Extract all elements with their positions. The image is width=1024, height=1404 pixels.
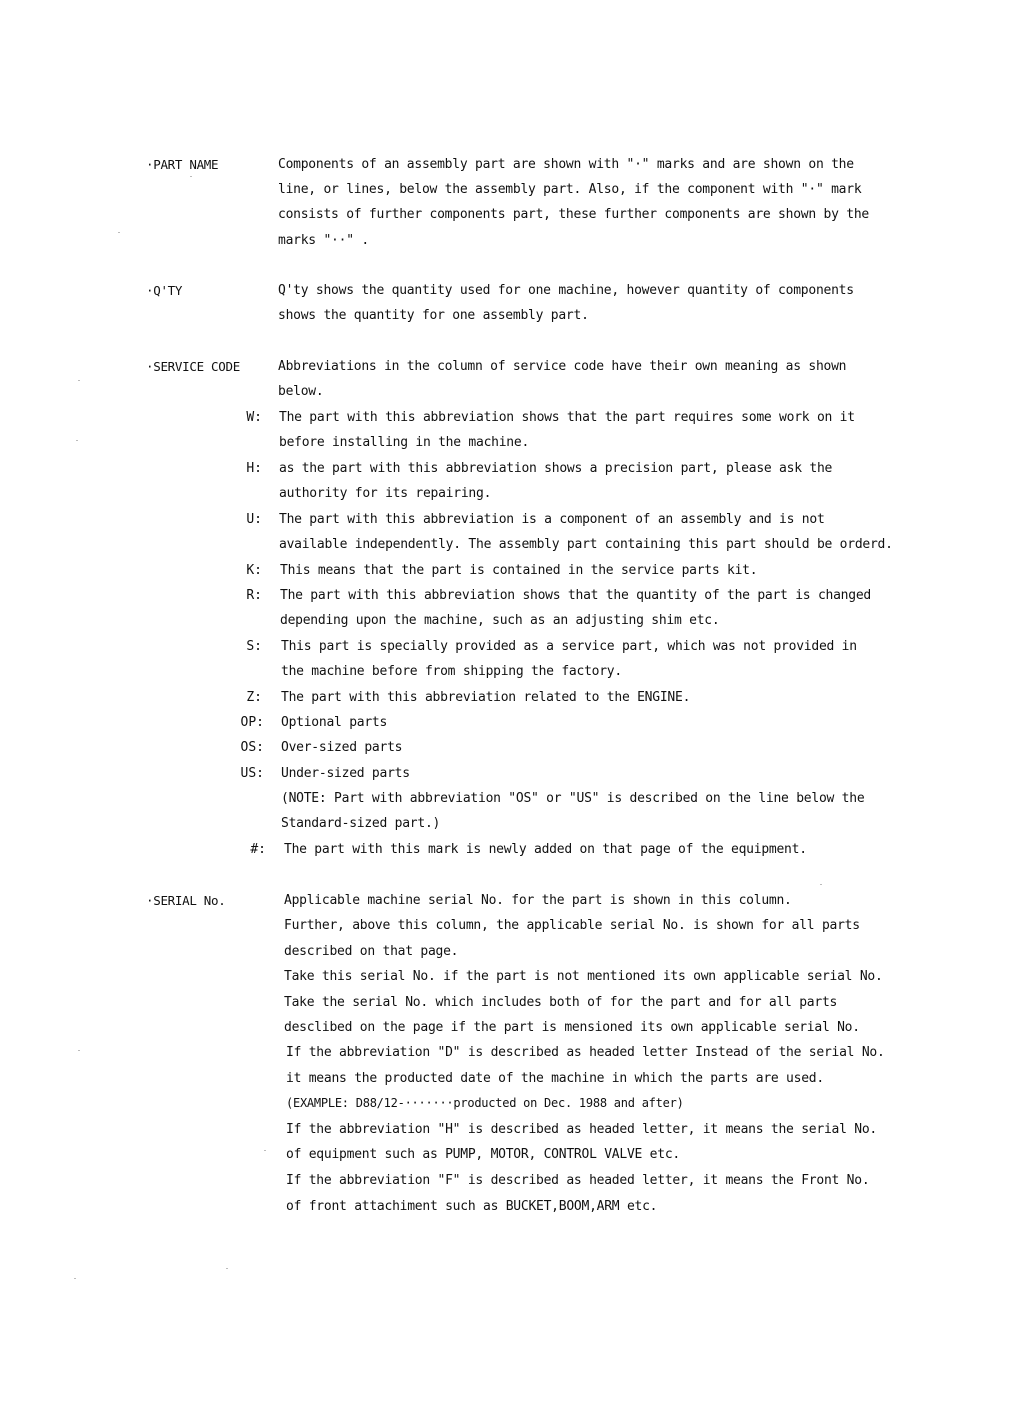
- scan-speck: [820, 884, 822, 885]
- service-code-desc: Under-sized parts: [281, 761, 410, 786]
- service-code-desc: before installing in the machine.: [279, 430, 529, 455]
- serial-no-example: (EXAMPLE: D88/12-·······producted on Dec…: [286, 1091, 684, 1116]
- service-code-letter: Z:: [222, 685, 262, 710]
- service-code-note: Standard-sized part.): [281, 811, 440, 836]
- service-code-desc: The part with this abbreviation related …: [281, 685, 690, 710]
- qty-line: shows the quantity for one assembly part…: [278, 303, 589, 328]
- scan-speck: [78, 380, 80, 381]
- service-code-desc: the machine before from shipping the fac…: [281, 659, 622, 684]
- serial-no-line: If the abbreviation "H" is described as …: [286, 1117, 877, 1142]
- section-label-part-name: ·PART NAME: [146, 152, 218, 177]
- qty-line: Q'ty shows the quantity used for one mac…: [278, 278, 854, 303]
- service-code-desc: The part with this abbreviation shows th…: [279, 405, 855, 430]
- serial-no-line: described on that page.: [284, 939, 458, 964]
- service-code-letter: OP:: [224, 710, 264, 735]
- part-name-line: consists of further components part, the…: [278, 202, 869, 227]
- service-code-desc: as the part with this abbreviation shows…: [279, 456, 832, 481]
- section-label-serial-no: ·SERIAL No.: [146, 888, 225, 913]
- service-code-desc: Over-sized parts: [281, 735, 402, 760]
- document-page: ·PART NAME Components of an assembly par…: [0, 0, 1024, 1404]
- section-label-qty: ·Q'TY: [146, 278, 182, 303]
- service-code-letter: K:: [222, 558, 262, 583]
- service-code-letter: W:: [222, 405, 262, 430]
- serial-no-line: Take this serial No. if the part is not …: [284, 964, 883, 989]
- service-code-desc: available independently. The assembly pa…: [279, 532, 893, 557]
- service-code-letter: S:: [222, 634, 262, 659]
- service-code-letter: H:: [222, 456, 262, 481]
- serial-no-line: of front attachiment such as BUCKET,BOOM…: [286, 1194, 657, 1219]
- serial-no-line: If the abbreviation "F" is described as …: [286, 1168, 869, 1193]
- scan-speck: [76, 440, 78, 441]
- scan-speck: [78, 1050, 80, 1051]
- service-code-desc: The part with this abbreviation is a com…: [279, 507, 825, 532]
- service-code-intro: below.: [278, 379, 323, 404]
- service-code-desc: authority for its repairing.: [279, 481, 491, 506]
- service-code-note: (NOTE: Part with abbreviation "OS" or "U…: [281, 786, 864, 811]
- service-code-letter: US:: [224, 761, 264, 786]
- service-code-desc: The part with this abbreviation shows th…: [280, 583, 871, 608]
- serial-no-line: of equipment such as PUMP, MOTOR, CONTRO…: [286, 1142, 680, 1167]
- serial-no-line: it means the producted date of the machi…: [286, 1066, 824, 1091]
- service-code-intro: Abbreviations in the column of service c…: [278, 354, 846, 379]
- scan-speck: [74, 1278, 76, 1279]
- scan-speck: [226, 1268, 228, 1269]
- service-code-desc: The part with this mark is newly added o…: [284, 837, 807, 862]
- serial-no-line: Applicable machine serial No. for the pa…: [284, 888, 792, 913]
- serial-no-line: Further, above this column, the applicab…: [284, 913, 860, 938]
- service-code-letter: #:: [226, 837, 266, 862]
- service-code-letter: OS:: [224, 735, 264, 760]
- scan-speck: [118, 232, 120, 233]
- part-name-line: Components of an assembly part are shown…: [278, 152, 854, 177]
- service-code-desc: This means that the part is contained in…: [280, 558, 757, 583]
- service-code-letter: U:: [222, 507, 262, 532]
- serial-no-line: desclibed on the page if the part is men…: [284, 1015, 860, 1040]
- serial-no-line: Take the serial No. which includes both …: [284, 990, 837, 1015]
- service-code-desc: This part is specially provided as a ser…: [281, 634, 857, 659]
- service-code-letter: R:: [222, 583, 262, 608]
- scan-speck: [264, 1150, 266, 1151]
- section-label-service-code: ·SERVICE CODE: [146, 354, 240, 379]
- part-name-line: line, or lines, below the assembly part.…: [278, 177, 861, 202]
- part-name-line: marks "··" .: [278, 228, 369, 253]
- scan-speck: [190, 176, 192, 177]
- service-code-desc: depending upon the machine, such as an a…: [280, 608, 719, 633]
- service-code-desc: Optional parts: [281, 710, 387, 735]
- serial-no-line: If the abbreviation "D" is described as …: [286, 1040, 885, 1065]
